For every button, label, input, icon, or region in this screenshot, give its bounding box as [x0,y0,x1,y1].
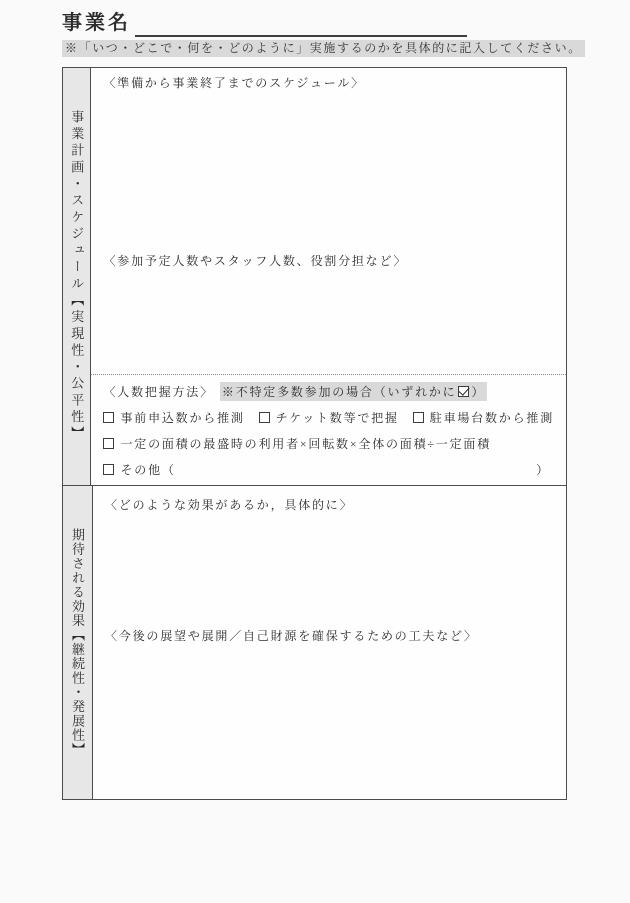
count-method-note-prefix: ※不特定多数参加の場合（いずれかに [222,383,457,400]
option-advance-applications: 事前申込数から推測 [103,409,244,426]
checkbox-advance-applications[interactable] [103,412,114,423]
row-header-business-plan: 事業計画・スケジュール【実現性・公平性】 [63,68,91,485]
option-parking-count: 駐車場台数から推測 [413,409,554,426]
option-area-formula: 一定の面積の最盛時の利用者×回転数×全体の面積÷一定面積 [103,435,491,452]
row-header-label-expected-effects: 期待される効果【継続性・発展性】 [71,528,84,757]
row-content-expected-effects: 〈どのような効果があるか，具体的に〉 〈今後の展望や展開／自己財源を確保するため… [93,486,566,799]
option-label-parking-count: 駐車場台数から推測 [430,409,554,426]
checkbox-area-formula[interactable] [103,438,114,449]
schedule-and-staff-cell[interactable]: 〈準備から事業終了までのスケジュール〉 〈参加予定人数やスタッフ人数、役割分担な… [91,68,566,375]
count-method-other-line: その他（ ） [103,459,554,479]
count-method-formula-line: 一定の面積の最盛時の利用者×回転数×全体の面積÷一定面積 [103,433,554,453]
option-label-other: その他（ [120,461,175,478]
count-method-title: 〈人数把握方法〉 [103,383,213,400]
row-business-plan: 事業計画・スケジュール【実現性・公平性】 〈準備から事業終了までのスケジュール〉… [63,68,566,486]
schedule-prompt: 〈準備から事業終了までのスケジュール〉 [103,76,364,91]
title-row: 事業名 [62,10,467,37]
row-content-business-plan: 〈準備から事業終了までのスケジュール〉 〈参加予定人数やスタッフ人数、役割分担な… [91,68,566,485]
checkbox-parking-count[interactable] [413,412,424,423]
checkbox-ticket-count[interactable] [259,412,270,423]
other-close-paren: ） [536,461,554,478]
effects-cell[interactable]: 〈どのような効果があるか，具体的に〉 〈今後の展望や展開／自己財源を確保するため… [93,486,566,799]
row-header-label-business-plan: 事業計画・スケジュール【実現性・公平性】 [70,110,83,443]
count-method-note-suffix: ） [471,383,485,400]
count-method-options-line: 事前申込数から推測 チケット数等で把握 駐車場台数から推測 [103,407,554,427]
count-method-heading-line: 〈人数把握方法〉 ※不特定多数参加の場合（いずれかに ） [103,381,554,401]
count-method-note: ※不特定多数参加の場合（いずれかに ） [220,382,487,401]
count-method-cell: 〈人数把握方法〉 ※不特定多数参加の場合（いずれかに ） 事前申込数から推測 [91,375,566,485]
instruction-note: ※「いつ・どこで・何を・どのように」実施するのかを具体的に記入してください。 [62,40,585,57]
option-other: その他（ [103,461,175,478]
application-form-table: 事業計画・スケジュール【実現性・公平性】 〈準備から事業終了までのスケジュール〉… [62,67,567,800]
document-page: 事業名 ※「いつ・どこで・何を・どのように」実施するのかを具体的に記入してくださ… [0,0,630,903]
option-label-advance-applications: 事前申込数から推測 [120,409,244,426]
sample-checked-checkbox-icon [458,386,469,397]
staff-prompt: 〈参加予定人数やスタッフ人数、役割分担など〉 [103,254,407,269]
checkbox-other[interactable] [103,464,114,475]
option-label-ticket-count: チケット数等で把握 [276,409,399,426]
effect-prompt: 〈どのような効果があるか，具体的に〉 [105,498,353,513]
page-title: 事業名 [62,10,131,37]
outlook-prompt: 〈今後の展望や展開／自己財源を確保するための工夫など〉 [105,629,478,644]
option-label-area-formula: 一定の面積の最盛時の利用者×回転数×全体の面積÷一定面積 [120,435,491,452]
option-ticket-count: チケット数等で把握 [259,409,399,426]
row-expected-effects: 期待される効果【継続性・発展性】 〈どのような効果があるか，具体的に〉 〈今後の… [63,486,566,799]
business-name-input-line[interactable] [135,12,467,37]
row-header-expected-effects: 期待される効果【継続性・発展性】 [63,486,93,799]
